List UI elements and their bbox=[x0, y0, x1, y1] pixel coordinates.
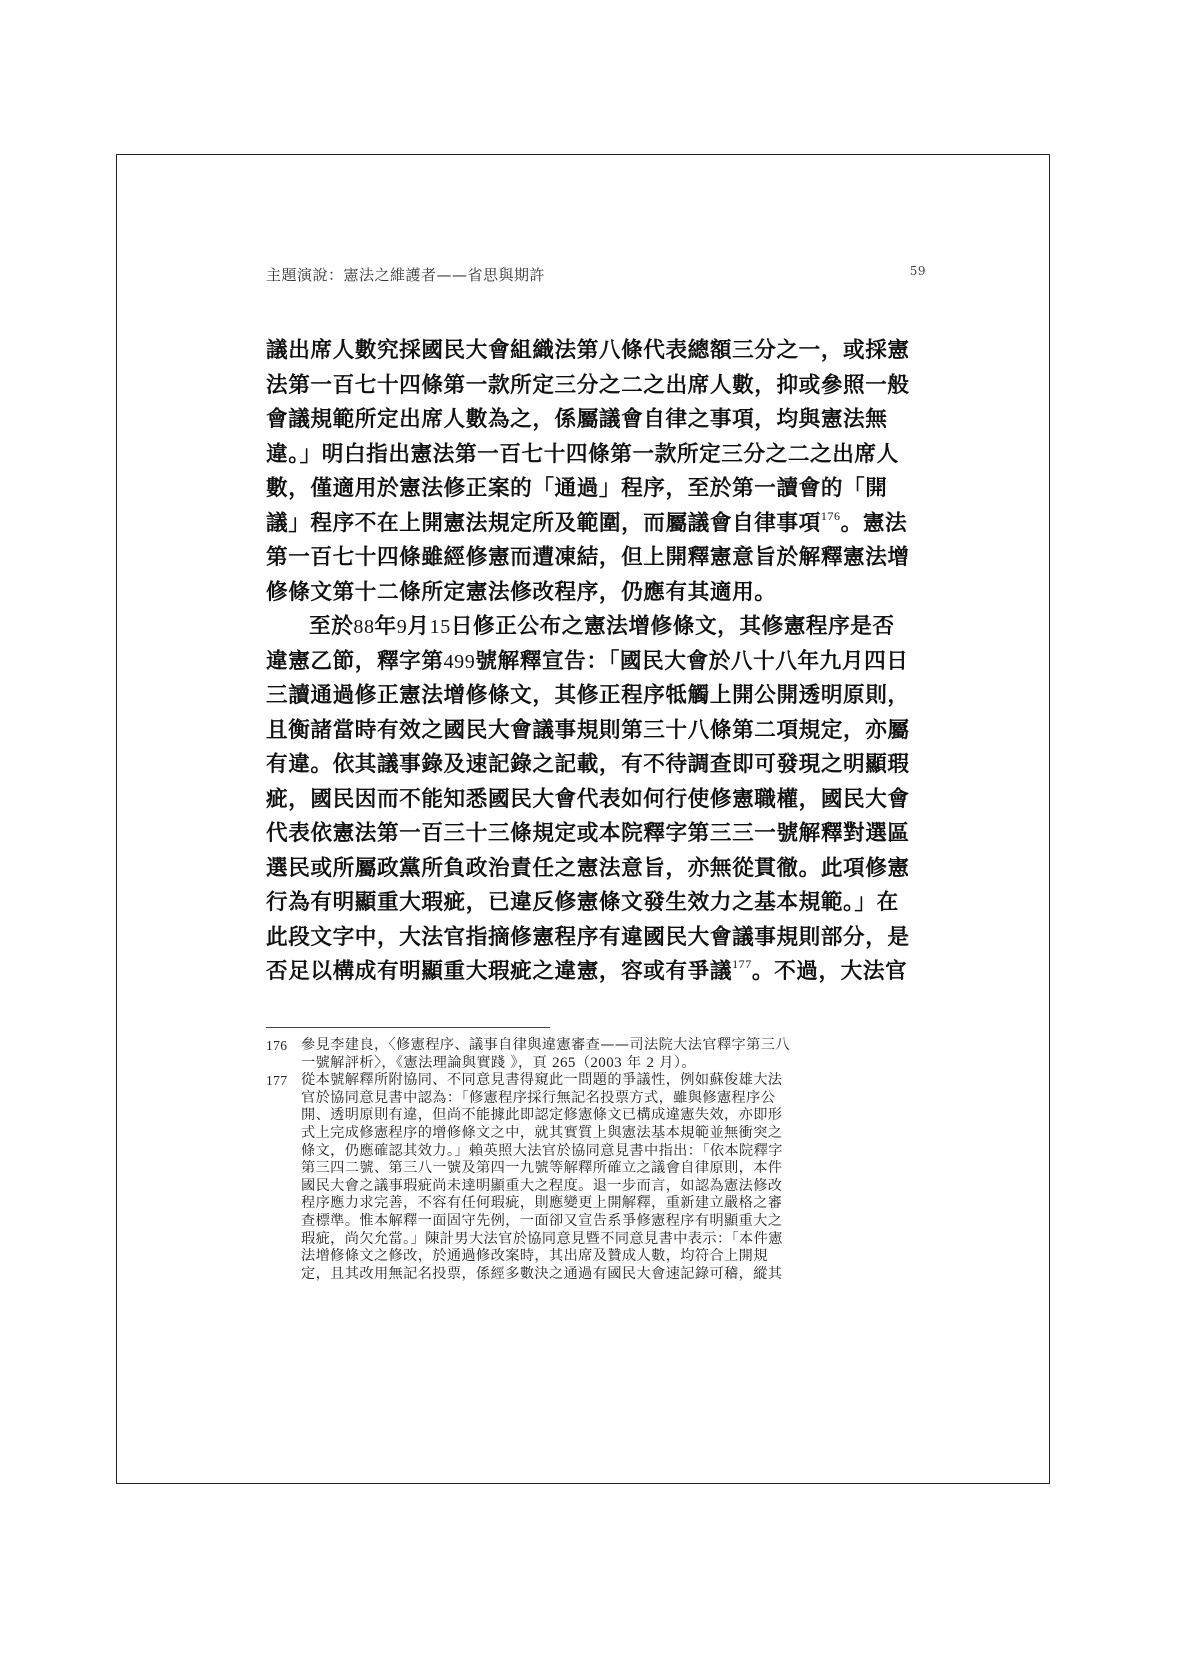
body-line: 議出席人數究採國民大會組織法第八條代表總額三分之一，或採憲 bbox=[266, 334, 926, 369]
text-run: 號解釋宣告：「國民大會於八十八年九月四日 bbox=[475, 649, 908, 674]
footnote-176: 176 參見李建良，〈修憲程序、議事自律與違憲審查——司法院大法官釋字第三八 一… bbox=[266, 1037, 926, 1072]
number-run: 2003 bbox=[590, 1055, 622, 1071]
footnote-number: 177 bbox=[266, 1072, 287, 1090]
number-run: 15 bbox=[430, 616, 451, 638]
body-line: 法第一百七十四條第一款所定三分之二之出席人數，抑或參照一般 bbox=[266, 369, 926, 404]
body-line-text: 議」程序不在上開憲法規定所及範圍，而屬議會自律事項 bbox=[266, 511, 821, 536]
running-title: 主題演說：憲法之維護者——省思與期許 bbox=[266, 264, 545, 285]
footnote-line: 第三四二號、第三八一號及第四一九號等解釋所確立之議會自律原則，本件 bbox=[301, 1160, 926, 1178]
footnote-line: 式上完成修憲程序的增修條文之中，就其實質上與憲法基本規範並無衝突之 bbox=[301, 1125, 926, 1143]
body-line: 此段文字中，大法官指摘修憲程序有違國民大會議事規則部分，是 bbox=[266, 921, 926, 956]
body-line: 代表依憲法第一百三十三條規定或本院釋字第三三一號解釋對選區 bbox=[266, 817, 926, 852]
body-line: 數，僅適用於憲法修正案的「通過」程序，至於第一讀會的「開 bbox=[266, 472, 926, 507]
footnote-line: 程序應力求完善，不容有任何瑕疵，則應變更上開解釋，重新建立嚴格之審 bbox=[301, 1195, 926, 1213]
footnote-line: 從本號解釋所附協同、不同意見書得窺此一問題的爭議性，例如蘇俊雄大法 bbox=[301, 1072, 926, 1090]
footnotes: 176 參見李建良，〈修憲程序、議事自律與違憲審查——司法院大法官釋字第三八 一… bbox=[266, 1037, 926, 1283]
number-run: 265 bbox=[552, 1055, 576, 1071]
body-line-text: 。憲法 bbox=[841, 511, 908, 536]
footnote-line: 瑕疵，尚欠允當。」陳計男大法官於協同意見暨不同意見書中表示：「本件憲 bbox=[301, 1231, 926, 1249]
body-line: 否足以構成有明顯重大瑕疵之違憲，容或有爭議177。不過，大法官 bbox=[266, 955, 926, 990]
body-line-paragraph-start: 至於88年9月15日修正公布之憲法增修條文，其修憲程序是否 bbox=[266, 610, 926, 645]
running-header: 主題演說：憲法之維護者——省思與期許 59 bbox=[266, 264, 926, 286]
body-line: 違憲乙節，釋字第499號解釋宣告：「國民大會於八十八年九月四日 bbox=[266, 645, 926, 680]
text-run: 月 bbox=[407, 614, 429, 639]
text-run: 違憲乙節，釋字第 bbox=[266, 649, 444, 674]
body-line: 有違。依其議事錄及速記錄之記載，有不待調查即可發現之明顯瑕 bbox=[266, 748, 926, 783]
footnote-ref-176[interactable]: 176 bbox=[821, 509, 841, 523]
text-run: 年 bbox=[375, 614, 397, 639]
body-line: 違。」明白指出憲法第一百七十四條第一款所定三分之二之出席人 bbox=[266, 438, 926, 473]
body-line: 疵，國民因而不能知悉國民大會代表如何行使修憲職權，國民大會 bbox=[266, 783, 926, 818]
body-text: 議出席人數究採國民大會組織法第八條代表總額三分之一，或採憲 法第一百七十四條第一… bbox=[266, 334, 926, 990]
body-line: 修條文第十二條所定憲法修改程序，仍應有其適用。 bbox=[266, 576, 926, 611]
number-run: 9 bbox=[397, 616, 408, 638]
body-line: 第一百七十四條雖經修憲而遭凍結，但上開釋憲意旨於解釋憲法增 bbox=[266, 541, 926, 576]
number-run: 499 bbox=[444, 651, 476, 673]
text-run: 年 bbox=[622, 1055, 646, 1071]
text-run: 至於 bbox=[309, 614, 353, 639]
body-line: 議」程序不在上開憲法規定所及範圍，而屬議會自律事項176。憲法 bbox=[266, 507, 926, 542]
body-line-text: 。不過，大法官 bbox=[752, 959, 907, 984]
text-run: 一號解評析〉，《憲法理論與實踐 》，頁 bbox=[301, 1055, 552, 1071]
footnote-line: 一號解評析〉，《憲法理論與實踐 》，頁 265（2003 年 2 月）。 bbox=[301, 1055, 926, 1073]
text-run: 月）。 bbox=[654, 1055, 696, 1071]
body-line: 三讀通過修正憲法增修條文，其修正程序牴觸上開公開透明原則， bbox=[266, 679, 926, 714]
body-line: 行為有明顯重大瑕疵，已違反修憲條文發生效力之基本規範。」在 bbox=[266, 886, 926, 921]
footnote-line: 法增修條文之修改，於通過修改案時，其出席及贊成人數，均符合上開規 bbox=[301, 1248, 926, 1266]
text-run: （ bbox=[576, 1055, 591, 1071]
footnote-line: 查標準。惟本解釋一面固守先例，一面卻又宣告系爭修憲程序有明顯重大之 bbox=[301, 1213, 926, 1231]
number-run: 88 bbox=[353, 616, 374, 638]
footnote-line: 條文，仍應確認其效力。」賴英照大法官於協同意見書中指出：「依本院釋字 bbox=[301, 1143, 926, 1161]
page-number: 59 bbox=[910, 264, 926, 278]
footnote-177: 177 從本號解釋所附協同、不同意見書得窺此一問題的爭議性，例如蘇俊雄大法 官於… bbox=[266, 1072, 926, 1283]
footnote-line: 開、透明原則有違，但尚不能據此即認定修憲條文已構成違憲失效，亦即形 bbox=[301, 1107, 926, 1125]
footnote-line: 官於協同意見書中認為：「修憲程序採行無記名投票方式，雖與修憲程序公 bbox=[301, 1090, 926, 1108]
body-line: 會議規範所定出席人數為之，係屬議會自律之事項，均與憲法無 bbox=[266, 403, 926, 438]
body-line-text: 否足以構成有明顯重大瑕疵之違憲，容或有爭議 bbox=[266, 959, 732, 984]
footnote-ref-177[interactable]: 177 bbox=[732, 957, 752, 971]
footnote-line: 國民大會之議事瑕疵尚未達明顯重大之程度。退一步而言，如認為憲法修改 bbox=[301, 1178, 926, 1196]
footnote-line: 定，且其改用無記名投票，係經多數決之通過有國民大會速記錄可稽，縱其 bbox=[301, 1266, 926, 1284]
footnote-line: 參見李建良，〈修憲程序、議事自律與違憲審查——司法院大法官釋字第三八 bbox=[301, 1037, 926, 1055]
body-line: 選民或所屬政黨所負政治責任之憲法意旨，亦無從貫徹。此項修憲 bbox=[266, 852, 926, 887]
footnote-number: 176 bbox=[266, 1037, 287, 1055]
footnote-separator bbox=[266, 1027, 550, 1028]
body-line: 且衡諸當時有效之國民大會議事規則第三十八條第二項規定，亦屬 bbox=[266, 714, 926, 749]
text-run: 日修正公布之憲法增修條文，其修憲程序是否 bbox=[451, 614, 895, 639]
